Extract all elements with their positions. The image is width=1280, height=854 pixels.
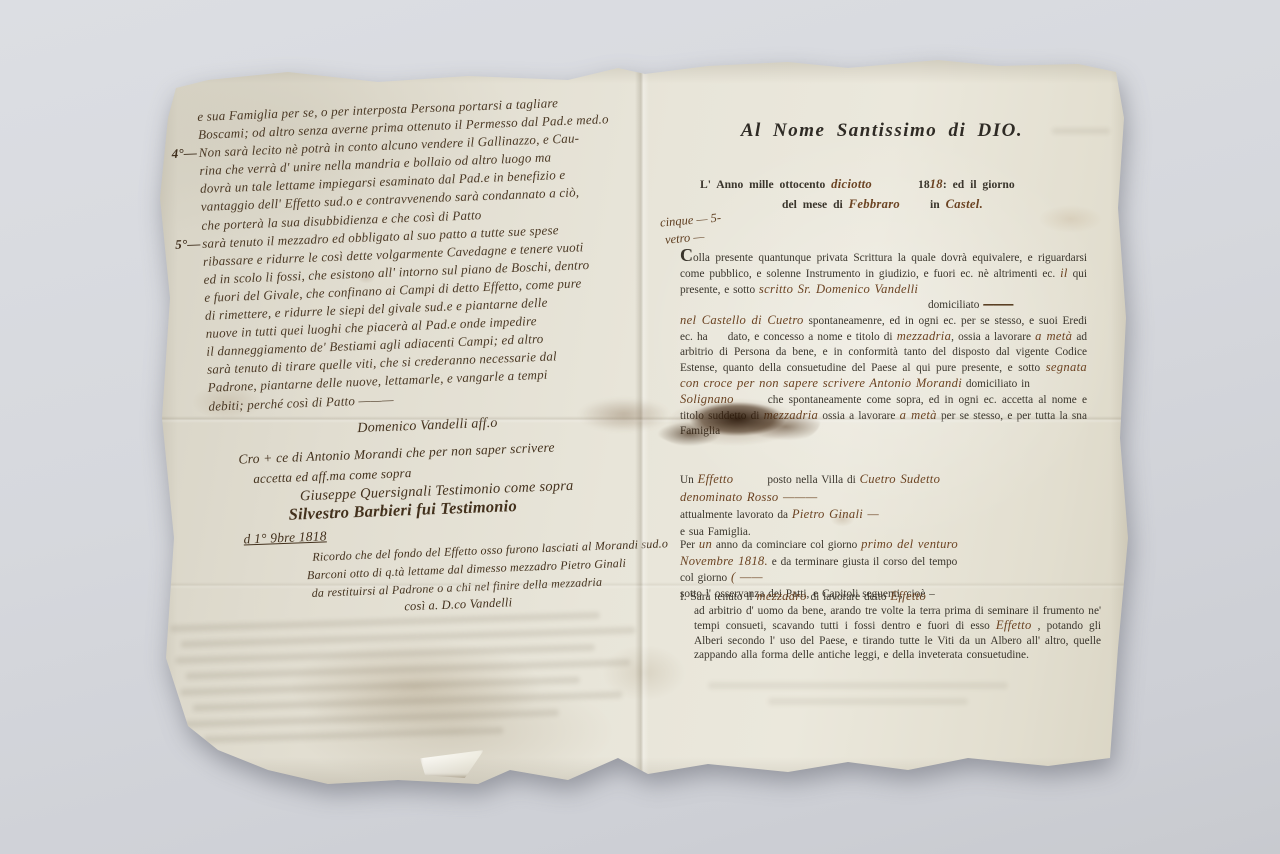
- handwritten-insert: Cuetro Sudetto: [860, 472, 941, 486]
- ghost-line: [193, 691, 623, 712]
- blank-space: [712, 339, 728, 340]
- handwritten-insert: nel Castello di Cuetro: [680, 313, 804, 327]
- handwritten-insert: primo del venturo: [861, 537, 958, 551]
- printed-text-run: I. Sarà tenuto il: [680, 591, 756, 603]
- handwritten-insert: Effetto: [890, 589, 926, 603]
- date-line-year: L' Anno mille ottocento diciotto1818: ed…: [700, 177, 1092, 192]
- postscript-date: d 1° 9bre 1818: [243, 527, 327, 548]
- margin-note-day: cinque — 5-: [659, 210, 721, 230]
- handwritten-insert: Novembre 1818.: [680, 554, 768, 568]
- clause-number: 4°—: [171, 144, 197, 163]
- blank-space: [680, 307, 928, 308]
- ghost-line: [175, 644, 595, 664]
- torn-edge-flap: [420, 750, 484, 778]
- bleedthrough-ghost-lines: [170, 611, 634, 753]
- ghost-line: [768, 698, 968, 705]
- left-page-manuscript: e sua Famiglia per se, o per interposta …: [197, 91, 650, 415]
- printed-text-run: Un: [680, 474, 698, 486]
- printed-text-run: e sua Famiglia.: [680, 526, 751, 538]
- blank-space: [733, 482, 767, 483]
- printed-text-run: C: [680, 245, 693, 265]
- manuscript-body: e sua Famiglia per se, o per interposta …: [197, 91, 650, 415]
- handwritten-insert: un: [699, 537, 712, 551]
- printed-text-run: olla presente quantunque privata Scrittu…: [680, 252, 1087, 280]
- printed-text-run: dato, e concesso a nome e titolo di: [728, 331, 897, 343]
- handwritten-insert: denominato Rosso ———: [680, 490, 817, 504]
- photo-stage: e sua Famiglia per se, o per interposta …: [0, 0, 1280, 854]
- handwritten-insert: mezzadria: [897, 329, 951, 343]
- horizontal-crease: [148, 582, 1140, 589]
- printed-text-run: posto nella Villa di: [767, 474, 859, 486]
- paragraph-effetto: Un Effettoposto nella Villa di Cuetro Su…: [680, 471, 1087, 540]
- ghost-line: [708, 682, 1008, 689]
- date-line-month: del mese di Febbraroin Castel.: [782, 197, 983, 212]
- blank-space: [872, 187, 918, 188]
- document-sheet-wrap: e sua Famiglia per se, o per interposta …: [148, 58, 1140, 790]
- ghost-line: [180, 676, 580, 696]
- ghost-line: [186, 659, 631, 680]
- handwritten-insert: 18: [930, 177, 943, 191]
- handwritten-insert: scritto Sr. Domenico Vandelli: [759, 282, 918, 296]
- document-title: Al Nome Santissimo di DIO.: [672, 120, 1092, 142]
- clause-number: 5°—: [175, 235, 201, 254]
- handwritten-insert: il: [1060, 266, 1068, 280]
- handwritten-insert: Febbraro: [849, 197, 900, 211]
- printed-text-run: in: [930, 198, 946, 211]
- bleedthrough-ghost-lines: [708, 682, 1038, 714]
- blank-space: [900, 207, 930, 208]
- document-sheet: e sua Famiglia per se, o per interposta …: [148, 58, 1140, 790]
- handwritten-insert: Pietro Ginali —: [792, 507, 879, 521]
- postscript-signature: così a. D.co Vandelli: [404, 593, 513, 615]
- handwritten-insert: Effetto: [996, 618, 1032, 632]
- printed-text-run: domiciliato: [928, 299, 983, 311]
- printed-text-run: 18: [918, 178, 930, 191]
- ghost-line: [170, 612, 600, 633]
- printed-text-run: domiciliato in: [962, 378, 1030, 390]
- ghost-line: [181, 627, 636, 648]
- handwritten-insert: diciotto: [831, 177, 872, 191]
- ink-blot-stain: [648, 392, 820, 452]
- printed-text-run: e da terminare giusta il corso del tempo: [768, 556, 957, 568]
- printed-text-run: Per: [680, 539, 699, 551]
- printed-text-run: L' Anno mille ottocento: [700, 178, 831, 191]
- printed-text-run: anno da cominciare col giorno: [712, 539, 861, 551]
- printed-text-run: attualmente lavorato da: [680, 509, 792, 521]
- handwritten-insert: Castel.: [946, 197, 983, 211]
- printed-text-run: , ossia a lavorare: [951, 331, 1035, 343]
- printed-text-run: di lavorare detto: [807, 591, 891, 603]
- ghost-line: [179, 709, 559, 728]
- handwritten-insert: Effetto: [698, 472, 734, 486]
- paragraph-clause-1: I. Sarà tenuto il mezzadro di lavorare d…: [680, 589, 1101, 662]
- handwritten-insert: a metà: [1035, 329, 1072, 343]
- printed-text-run: : ed il giorno: [943, 178, 1015, 191]
- printed-text-run: del mese di: [782, 198, 849, 211]
- ghost-line: [204, 727, 504, 743]
- handwritten-insert: ———: [983, 299, 1013, 311]
- handwritten-insert: mezzadro: [756, 589, 806, 603]
